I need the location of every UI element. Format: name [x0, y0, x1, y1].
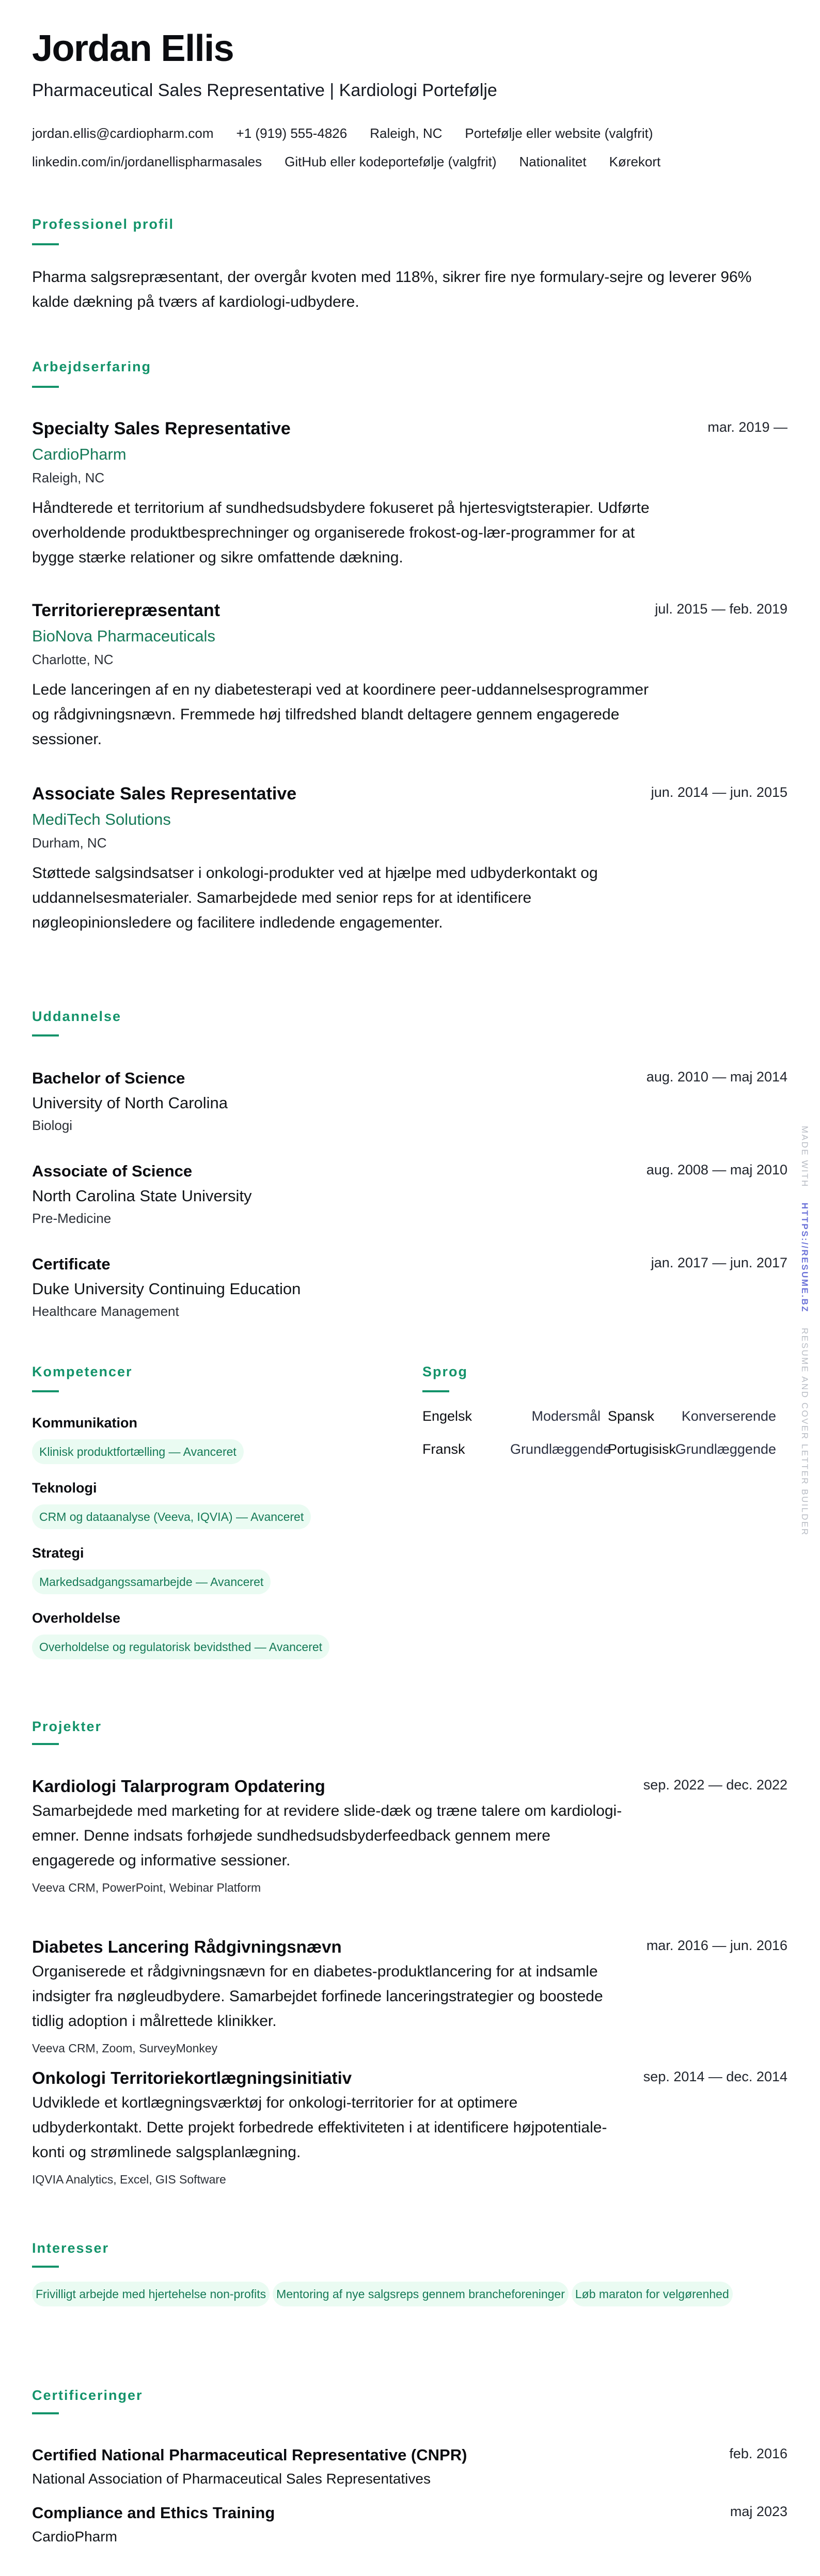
- certification-date: maj 2023: [730, 2504, 787, 2520]
- contact-github[interactable]: GitHub eller kodeportefølje (valgfrit): [285, 154, 496, 170]
- education-dates: aug. 2010 — maj 2014: [646, 1069, 787, 1085]
- interest-pill: Løb maraton for velgørenhed: [572, 2282, 733, 2306]
- project-item: Diabetes Lancering Rådgivningsnævn mar. …: [32, 1936, 787, 2057]
- skill-category: Strategi Markedsadgangssamarbejde — Avan…: [32, 1544, 414, 1594]
- education-item: Certificate jan. 2017 — jun. 2017 Duke U…: [32, 1253, 787, 1321]
- language-name: Fransk: [422, 1440, 510, 1458]
- languages-section: Sprog Engelsk Modersmål Spansk Konverser…: [422, 1365, 794, 1458]
- language-level: Konverserende: [673, 1407, 776, 1425]
- contact-linkedin[interactable]: linkedin.com/in/jordanellispharmasales: [32, 154, 262, 170]
- language-level: Grundlæggende: [673, 1440, 776, 1458]
- section-underline: [32, 2266, 59, 2268]
- field-of-study: Pre-Medicine: [32, 1208, 787, 1228]
- section-heading-skills: Kompetencer: [32, 1365, 133, 1379]
- job-description: Lede lanceringen af en ny diabetesterapi…: [32, 678, 667, 752]
- section-heading-experience: Arbejdserfaring: [32, 360, 151, 374]
- section-underline: [32, 1390, 59, 1392]
- section-heading-certifications: Certificeringer: [32, 2389, 143, 2402]
- certification-title: Compliance and Ethics Training: [32, 2502, 787, 2524]
- section-heading-education: Uddannelse: [32, 1010, 121, 1024]
- section-underline: [422, 1390, 449, 1392]
- contact-row-1: jordan.ellis@cardiopharm.com +1 (919) 55…: [32, 125, 653, 142]
- job-company: BioNova Pharmaceuticals: [32, 625, 787, 648]
- project-item: Kardiologi Talarprogram Opdatering sep. …: [32, 1775, 787, 1897]
- job-company: MediTech Solutions: [32, 808, 787, 831]
- language-name: Spansk: [601, 1407, 673, 1425]
- skill-category-name: Overholdelse: [32, 1609, 414, 1627]
- skill-category-name: Strategi: [32, 1544, 414, 1562]
- languages-grid: Engelsk Modersmål Spansk Konverserende F…: [422, 1407, 794, 1458]
- watermark-prefix: MADE WITH: [800, 1126, 810, 1188]
- section-heading-projects: Projekter: [32, 1720, 102, 1734]
- field-of-study: Healthcare Management: [32, 1301, 787, 1321]
- interests-list: Frivilligt arbejde med hjertehelse non-p…: [32, 2282, 755, 2306]
- skill-category: Overholdelse Overholdelse og regulatoris…: [32, 1609, 414, 1659]
- interest-pill: Frivilligt arbejde med hjertehelse non-p…: [32, 2282, 270, 2306]
- project-tech: Veeva CRM, Zoom, SurveyMonkey: [32, 2039, 787, 2057]
- section-underline: [32, 243, 59, 245]
- skill-pill: Overholdelse og regulatorisk bevidsthed …: [32, 1635, 329, 1659]
- education-dates: jan. 2017 — jun. 2017: [651, 1255, 787, 1271]
- skill-category: Kommunikation Klinisk produktfortælling …: [32, 1413, 414, 1464]
- job-dates: mar. 2019 —: [707, 419, 787, 435]
- job-dates: jul. 2015 — feb. 2019: [655, 601, 787, 617]
- project-item: Onkologi Territoriekortlægningsinitiativ…: [32, 2067, 787, 2189]
- language-level: Grundlæggende: [510, 1440, 601, 1458]
- candidate-headline: Pharmaceutical Sales Representative | Ka…: [32, 80, 497, 101]
- school: University of North Carolina: [32, 1092, 787, 1114]
- contact-email[interactable]: jordan.ellis@cardiopharm.com: [32, 125, 214, 142]
- contact-drivers-license: Kørekort: [609, 154, 661, 170]
- certification-date: feb. 2016: [729, 2446, 787, 2462]
- skill-pill: Klinisk produktfortælling — Avanceret: [32, 1439, 244, 1464]
- language-level: Modersmål: [510, 1407, 601, 1425]
- interest-pill: Mentoring af nye salgsreps gennem branch…: [273, 2282, 569, 2306]
- project-description: Organiserede et rådgivningsnævn for en d…: [32, 1959, 626, 2034]
- project-description: Udviklede et kortlægningsværktøj for onk…: [32, 2091, 626, 2165]
- certification-issuer: National Association of Pharmaceutical S…: [32, 2469, 787, 2489]
- education-item: Associate of Science aug. 2008 — maj 201…: [32, 1160, 787, 1228]
- project-description: Samarbejdede med marketing for at revide…: [32, 1799, 626, 1873]
- language-name: Engelsk: [422, 1407, 510, 1425]
- builder-watermark: MADE WITH HTTPS://RESUME.BZ RESUME AND C…: [799, 1126, 810, 1536]
- project-dates: mar. 2016 — jun. 2016: [646, 1938, 787, 1954]
- contact-phone[interactable]: +1 (919) 555-4826: [236, 125, 348, 142]
- job-title: Specialty Sales Representative: [32, 417, 787, 440]
- watermark-link[interactable]: HTTPS://RESUME.BZ: [800, 1203, 810, 1313]
- language-name: Portugisisk: [601, 1440, 673, 1458]
- section-heading-profile: Professionel profil: [32, 217, 174, 231]
- profile-summary: Pharma salgsrepræsentant, der overgår kv…: [32, 265, 776, 315]
- contact-portfolio[interactable]: Portefølje eller website (valgfrit): [465, 125, 653, 142]
- experience-item: Specialty Sales Representative mar. 2019…: [32, 417, 787, 570]
- certification-title: Certified National Pharmaceutical Repres…: [32, 2444, 787, 2467]
- watermark-suffix: RESUME AND COVER LETTER BUILDER: [800, 1328, 810, 1536]
- skill-category: Teknologi CRM og dataanalyse (Veeva, IQV…: [32, 1479, 414, 1529]
- skills-list: Kommunikation Klinisk produktfortælling …: [32, 1413, 414, 1674]
- skill-pill: Markedsadgangssamarbejde — Avanceret: [32, 1569, 271, 1594]
- section-underline: [32, 1743, 59, 1745]
- certification-item: Certified National Pharmaceutical Repres…: [32, 2444, 787, 2489]
- job-description: Håndterede et territorium af sundhedsuds…: [32, 496, 667, 570]
- field-of-study: Biologi: [32, 1116, 787, 1135]
- contact-nationality: Nationalitet: [519, 154, 587, 170]
- skill-category-name: Kommunikation: [32, 1413, 414, 1432]
- section-underline: [32, 1034, 59, 1036]
- section-underline: [32, 386, 59, 388]
- job-location: Charlotte, NC: [32, 650, 787, 669]
- experience-item: Territorierepræsentant jul. 2015 — feb. …: [32, 599, 787, 752]
- contact-location: Raleigh, NC: [370, 125, 442, 142]
- project-dates: sep. 2022 — dec. 2022: [643, 1777, 787, 1793]
- candidate-name: Jordan Ellis: [32, 30, 233, 67]
- education-dates: aug. 2008 — maj 2010: [646, 1162, 787, 1178]
- section-heading-languages: Sprog: [422, 1365, 794, 1379]
- section-heading-interests: Interesser: [32, 2241, 109, 2255]
- experience-item: Associate Sales Representative jun. 2014…: [32, 782, 787, 935]
- certification-issuer: CardioPharm: [32, 2526, 787, 2547]
- job-location: Raleigh, NC: [32, 468, 787, 488]
- certification-item: Compliance and Ethics Training maj 2023 …: [32, 2502, 787, 2547]
- job-location: Durham, NC: [32, 833, 787, 853]
- project-dates: sep. 2014 — dec. 2014: [643, 2069, 787, 2085]
- job-description: Støttede salgsindsatser i onkologi-produ…: [32, 861, 667, 935]
- skill-category-name: Teknologi: [32, 1479, 414, 1497]
- project-tech: Veeva CRM, PowerPoint, Webinar Platform: [32, 1878, 787, 1897]
- school: North Carolina State University: [32, 1185, 787, 1207]
- section-underline: [32, 2412, 59, 2414]
- school: Duke University Continuing Education: [32, 1278, 787, 1300]
- skill-pill: CRM og dataanalyse (Veeva, IQVIA) — Avan…: [32, 1504, 311, 1529]
- project-tech: IQVIA Analytics, Excel, GIS Software: [32, 2170, 787, 2189]
- education-item: Bachelor of Science aug. 2010 — maj 2014…: [32, 1067, 787, 1135]
- contact-row-2: linkedin.com/in/jordanellispharmasales G…: [32, 154, 660, 170]
- job-company: CardioPharm: [32, 443, 787, 466]
- job-dates: jun. 2014 — jun. 2015: [651, 784, 787, 800]
